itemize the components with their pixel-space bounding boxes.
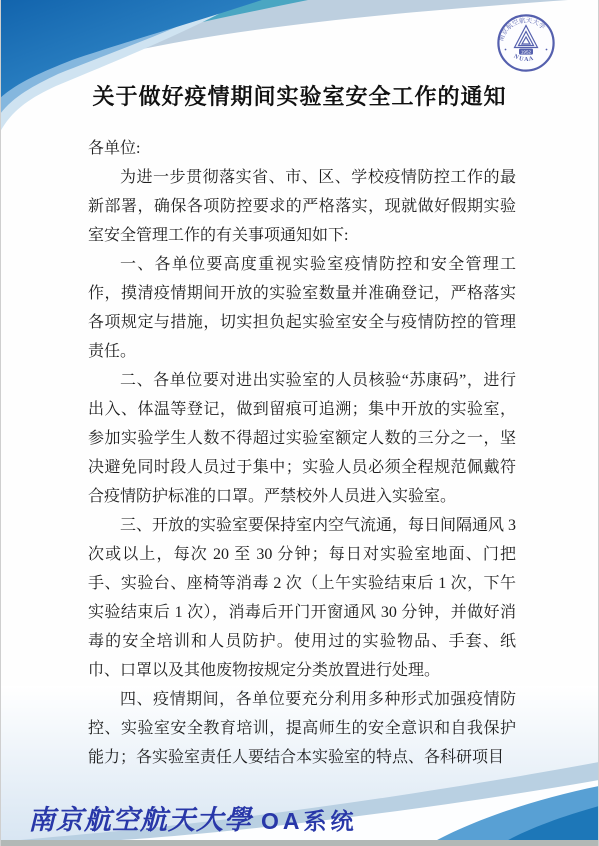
paragraph-item-2: 二、各单位要对进出实验室的人员核验“苏康码”，进行出入、体温等登记，做到留痕可追… [88,366,516,511]
document-title: 关于做好疫情期间实验室安全工作的通知 [0,80,599,111]
university-seal-logo: 南京航空航天大学 1952 N U A A [496,13,556,73]
paragraph-item-1: 一、各单位要高度重视实验室疫情防控和安全管理工作，摸清疫情期间开放的实验室数量并… [88,250,516,366]
oa-logo-system-label: OA系统 [261,803,358,836]
oa-logo-university-name: 南京航空航天大學 [28,798,252,837]
document-page: 南京航空航天大学 1952 N U A A 关于做好疫情期间实验室安全工作的通知… [0,0,599,846]
paragraph-item-3: 三、开放的实验室要保持室内空气流通，每日间隔通风 3 次或以上，每次 20 至 … [88,511,516,685]
oa-system-logo: 南京航空航天大學 OA系统 [28,798,358,837]
paragraph-item-4: 四、疫情期间，各单位要充分利用多种形式加强疫情防控、实验室安全教育培训，提高师生… [88,685,516,772]
page-bottom-edge [0,840,599,846]
seal-year: 1952 [521,49,532,54]
document-body: 各单位: 为进一步贯彻落实省、市、区、学校疫情防控工作的最新部署，确保各项防控要… [88,134,516,772]
salutation: 各单位: [88,134,516,163]
paragraph-intro: 为进一步贯彻落实省、市、区、学校疫情防控工作的最新部署，确保各项防控要求的严格落… [88,163,516,250]
page-left-border [0,0,1,846]
